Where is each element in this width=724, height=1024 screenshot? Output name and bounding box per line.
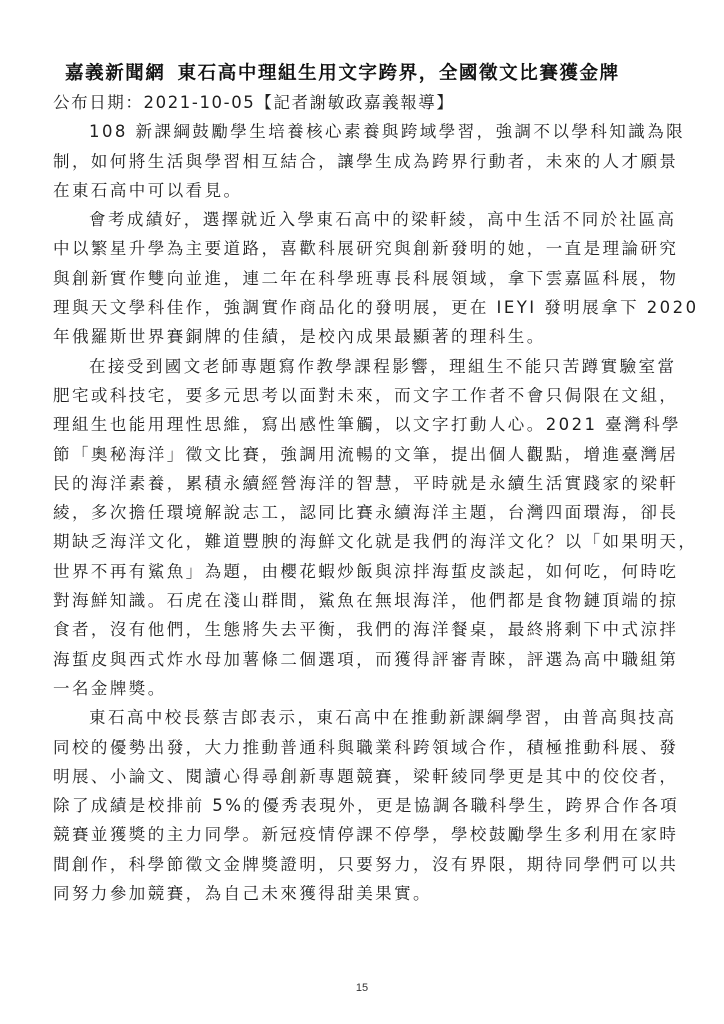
paragraph-line: 競賽並獲獎的主力同學。新冠疫情停課不停學，學校鼓勵學生多利用在家時 — [53, 820, 671, 849]
paragraph-line: 同努力參加競賽，為自己未來獲得甜美果實。 — [53, 879, 671, 908]
paragraph-line: 海蜇皮與西式炸水母加薯條二個選項，而獲得評審青睞，評選為高中職組第 — [53, 645, 671, 674]
paragraph-3: 在接受到國文老師專題寫作教學課程影響，理組生不能只苦蹲實驗室當 肥宅或科技宅，要… — [53, 352, 671, 704]
paragraph-1: 108 新課綱鼓勵學生培養核心素養與跨域學習，強調不以學科知識為限 制，如何將生… — [53, 117, 671, 205]
title-source: 嘉義新聞網 — [65, 63, 166, 84]
paragraph-line: 除了成績是校排前 5%的優秀表現外，更是協調各職科學生，跨界合作各項 — [53, 791, 671, 820]
paragraph-line: 在接受到國文老師專題寫作教學課程影響，理組生不能只苦蹲實驗室當 — [53, 352, 671, 381]
paragraph-line: 在東石高中可以看見。 — [53, 176, 671, 205]
paragraph-line: 理與天文學科佳作，強調實作商品化的發明展，更在 IEYI 發明展拿下 2020 — [53, 293, 671, 322]
paragraph-line: 一名金牌獎。 — [53, 674, 671, 703]
paragraph-line: 中以繁星升學為主要道路，喜歡科展研究與創新發明的她，一直是理論研究 — [53, 234, 671, 263]
paragraph-line: 肥宅或科技宅，要多元思考以面對未來，而文字工作者不會只侷限在文組， — [53, 381, 671, 410]
publish-meta: 公布日期：2021-10-05【記者謝敏政嘉義報導】 — [53, 88, 671, 117]
paragraph-line: 與創新實作雙向並進，連二年在科學班專長科展領域，拿下雲嘉區科展，物 — [53, 264, 671, 293]
paragraph-line: 明展、小論文、閱讀心得尋創新專題競賽，梁軒綾同學更是其中的佼佼者， — [53, 762, 671, 791]
paragraph-line: 同校的優勢出發，大力推動普通科與職業科跨領域合作，積極推動科展、發 — [53, 733, 671, 762]
paragraph-line: 綾，多次擔任環境解說志工，認同比賽永續海洋主題，台灣四面環海，卻長 — [53, 498, 671, 527]
paragraph-4: 東石高中校長蔡吉郎表示，東石高中在推動新課綱學習，由普高與技高 同校的優勢出發，… — [53, 703, 671, 908]
paragraph-line: 對海鮮知識。石虎在淺山群間，鯊魚在無垠海洋，他們都是食物鏈頂端的掠 — [53, 586, 671, 615]
paragraph-line: 東石高中校長蔡吉郎表示，東石高中在推動新課綱學習，由普高與技高 — [53, 703, 671, 732]
paragraph-line: 108 新課綱鼓勵學生培養核心素養與跨域學習，強調不以學科知識為限 — [53, 117, 671, 146]
paragraph-2: 會考成績好，選擇就近入學東石高中的梁軒綾，高中生活不同於社區高 中以繁星升學為主… — [53, 205, 671, 351]
paragraph-line: 會考成績好，選擇就近入學東石高中的梁軒綾，高中生活不同於社區高 — [53, 205, 671, 234]
document-page: 嘉義新聞網東石高中理組生用文字跨界，全國徵文比賽獲金牌 公布日期：2021-10… — [53, 60, 671, 908]
paragraph-line: 節「奧秘海洋」徵文比賽，強調用流暢的文筆，提出個人觀點，增進臺灣居 — [53, 440, 671, 469]
paragraph-line: 理組生也能用理性思維，寫出感性筆觸，以文字打動人心。2021 臺灣科學 — [53, 410, 671, 439]
paragraph-line: 年俄羅斯世界賽銅牌的佳績，是校內成果最顯著的理科生。 — [53, 322, 671, 351]
paragraph-line: 食者，沒有他們，生態將失去平衡，我們的海洋餐桌，最終將剩下中式涼拌 — [53, 615, 671, 644]
paragraph-line: 制，如何將生活與學習相互結合，讓學生成為跨界行動者，未來的人才願景 — [53, 147, 671, 176]
article-title: 嘉義新聞網東石高中理組生用文字跨界，全國徵文比賽獲金牌 — [65, 60, 671, 88]
paragraph-line: 民的海洋素養，累積永續經營海洋的智慧，平時就是永續生活實踐家的梁軒 — [53, 469, 671, 498]
page-number: 15 — [0, 982, 724, 994]
paragraph-line: 間創作，科學節徵文金牌獎證明，只要努力，沒有界限，期待同學們可以共 — [53, 850, 671, 879]
paragraph-line: 世界不再有鯊魚」為題，由櫻花蝦炒飯與涼拌海蜇皮談起，如何吃，何時吃 — [53, 557, 671, 586]
article-body: 108 新課綱鼓勵學生培養核心素養與跨域學習，強調不以學科知識為限 制，如何將生… — [53, 117, 671, 908]
paragraph-line: 期缺乏海洋文化，難道豐腴的海鮮文化就是我們的海洋文化？以「如果明天， — [53, 527, 671, 556]
title-headline: 東石高中理組生用文字跨界，全國徵文比賽獲金牌 — [178, 63, 620, 84]
